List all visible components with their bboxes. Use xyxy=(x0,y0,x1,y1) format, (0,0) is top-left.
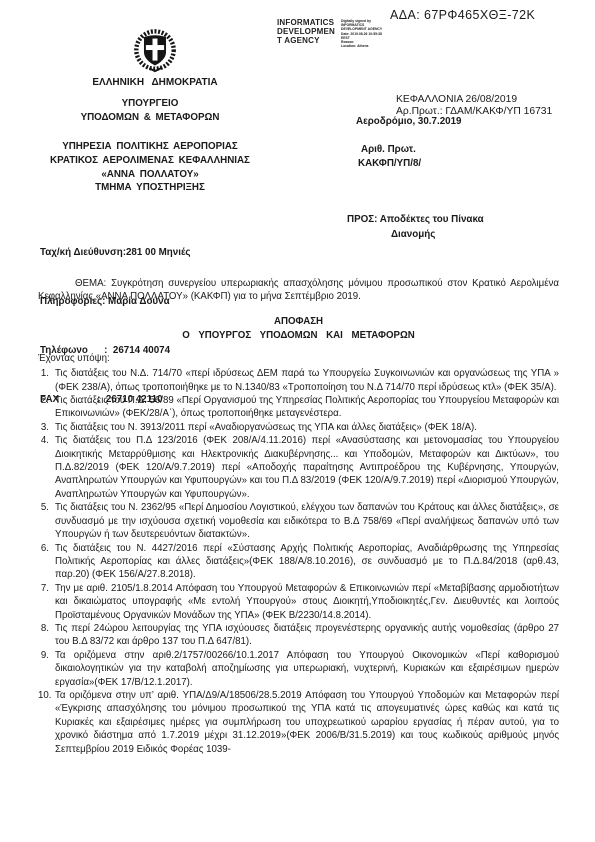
greek-coat-of-arms-icon xyxy=(132,27,178,75)
stamp-place-date: ΚΕΦΑΛΛΟΝΙΑ 26/08/2019 xyxy=(396,94,517,105)
subject-paragraph: ΘΕΜΑ: Συγκρότηση συνεργείου υπερωριακής … xyxy=(38,277,559,304)
airport-date: Αεροδρόμιο, 30.7.2019 xyxy=(356,116,461,127)
signature-agency-line: DEVELOPMEN xyxy=(277,27,337,36)
item-number: 5. xyxy=(38,501,55,541)
item-text: Τις περί 24ώρου λειτουργίας της ΥΠΑ ισχύ… xyxy=(55,622,559,649)
recipient-line-1: ΠΡΟΣ: Αποδέκτες του Πίνακα xyxy=(347,212,484,227)
signature-details: Digitally signed by INFORMATICS DEVELOPM… xyxy=(341,18,411,48)
item-number: 3. xyxy=(38,421,55,434)
ada-code: ΑΔΑ: 67ΡΦ465ΧΘΞ-72Κ xyxy=(390,8,535,22)
ministry-block: ΥΠΟΥΡΓΕΙΟ ΥΠΟΔΟΜΩΝ & ΜΕΤΑΦΟΡΩΝ xyxy=(30,97,270,124)
digital-signature-stamp: INFORMATICS DEVELOPMEN T AGENCY Digitall… xyxy=(277,18,411,48)
item-number: 8. xyxy=(38,622,55,649)
item-number: 10. xyxy=(38,689,55,756)
item-text: Τις διατάξεις του Ν. 2362/95 «Περί Δημοσ… xyxy=(55,501,559,541)
document-body: ΘΕΜΑ: Συγκρότηση συνεργείου υπερωριακής … xyxy=(38,277,559,756)
service-line-1: ΥΠΗΡΕΣΙΑ ΠΟΛΙΤΙΚΗΣ ΑΕΡΟΠΟΡΙΑΣ xyxy=(30,140,270,154)
signature-agency-line: INFORMATICS xyxy=(277,18,337,27)
item-number: 1. xyxy=(38,367,55,394)
item-text: Τις διατάξεις του Ν.Δ. 714/70 «περί ιδρύ… xyxy=(55,367,559,394)
considerations-intro: Έχοντας υπόψη: xyxy=(38,352,559,365)
item-number: 2. xyxy=(38,394,55,421)
item-number: 9. xyxy=(38,649,55,689)
consideration-item: 10. Τα οριζόμενα στην υπ’ αριθ. ΥΠΑ/Δ9/Α… xyxy=(38,689,559,756)
consideration-item: 1. Τις διατάξεις του Ν.Δ. 714/70 «περί ι… xyxy=(38,367,559,394)
protocol-label: Αριθ. Πρωτ. xyxy=(361,144,416,155)
consideration-item: 3. Τις διατάξεις του Ν. 3913/2011 περί «… xyxy=(38,421,559,434)
service-line-4: ΤΜΗΜΑ ΥΠΟΣΤΗΡΙΞΗΣ xyxy=(30,181,270,195)
hellenic-republic-title: ΕΛΛΗΝΙΚΗ ΔΗΜΟΚΡΑΤΙΑ xyxy=(55,77,255,88)
decision-subtitle: Ο ΥΠΟΥΡΓΟΣ ΥΠΟΔΟΜΩΝ ΚΑΙ ΜΕΤΑΦΟΡΩΝ xyxy=(38,329,559,343)
signature-agency-name: INFORMATICS DEVELOPMEN T AGENCY xyxy=(277,18,337,48)
consideration-item: 5. Τις διατάξεις του Ν. 2362/95 «Περί Δη… xyxy=(38,501,559,541)
recipient-line-2: Διανομής xyxy=(347,227,484,242)
consideration-item: 2. Τις διατάξεις του Π.Δ. 56/89 «Περί Ορ… xyxy=(38,394,559,421)
ministry-line-1: ΥΠΟΥΡΓΕΙΟ xyxy=(30,97,270,111)
decision-title: ΑΠΟΦΑΣΗ xyxy=(38,315,559,329)
ministry-line-2: ΥΠΟΔΟΜΩΝ & ΜΕΤΑΦΟΡΩΝ xyxy=(30,111,270,125)
item-text: Τα οριζόμενα στην υπ’ αριθ. ΥΠΑ/Δ9/Α/185… xyxy=(55,689,559,756)
item-number: 6. xyxy=(38,542,55,582)
signature-agency-line: T AGENCY xyxy=(277,36,337,45)
item-text: Την με αριθ. 2105/1.8.2014 Απόφαση του Υ… xyxy=(55,582,559,622)
item-text: Τις διατάξεις του Ν. 4427/2016 περί «Σύσ… xyxy=(55,542,559,582)
document-page: ΑΔΑ: 67ΡΦ465ΧΘΞ-72Κ INFORMATICS DEVELOPM… xyxy=(0,0,595,842)
consideration-item: 7. Την με αριθ. 2105/1.8.2014 Απόφαση το… xyxy=(38,582,559,622)
service-line-2: ΚΡΑΤΙΚΟΣ ΑΕΡΟΛΙΜΕΝΑΣ ΚΕΦΑΛΛΗΝΙΑΣ xyxy=(30,154,270,168)
item-number: 7. xyxy=(38,582,55,622)
item-text: Τις διατάξεις του Ν. 3913/2011 περί «Ανα… xyxy=(55,421,559,434)
item-text: Τις διατάξεις του Π.Δ. 56/89 «Περί Οργαν… xyxy=(55,394,559,421)
recipient-block: ΠΡΟΣ: Αποδέκτες του Πίνακα Διανομής xyxy=(347,212,484,242)
consideration-item: 6. Τις διατάξεις του Ν. 4427/2016 περί «… xyxy=(38,542,559,582)
contact-address: Ταχ/κή Διεύθυνση:281 00 Μηνιές xyxy=(40,245,190,261)
item-number: 4. xyxy=(38,434,55,501)
consideration-item: 4. Τις διατάξεις του Π.Δ 123/2016 (ΦΕΚ 2… xyxy=(38,434,559,501)
item-text: Τις διατάξεις του Π.Δ 123/2016 (ΦΕΚ 208/… xyxy=(55,434,559,501)
consideration-item: 8. Τις περί 24ώρου λειτουργίας της ΥΠΑ ι… xyxy=(38,622,559,649)
signature-detail-line: Location: Athens xyxy=(341,44,411,48)
consideration-item: 9. Τα οριζόμενα στην αριθ.2/1757/00266/1… xyxy=(38,649,559,689)
service-block: ΥΠΗΡΕΣΙΑ ΠΟΛΙΤΙΚΗΣ ΑΕΡΟΠΟΡΙΑΣ ΚΡΑΤΙΚΟΣ Α… xyxy=(30,140,270,195)
service-line-3: «ΑΝΝΑ ΠΟΛΛΑΤΟΥ» xyxy=(30,168,270,182)
item-text: Τα οριζόμενα στην αριθ.2/1757/00266/10.1… xyxy=(55,649,559,689)
protocol-number: ΚΑΚΦΠ/ΥΠ/8/ xyxy=(358,158,421,169)
